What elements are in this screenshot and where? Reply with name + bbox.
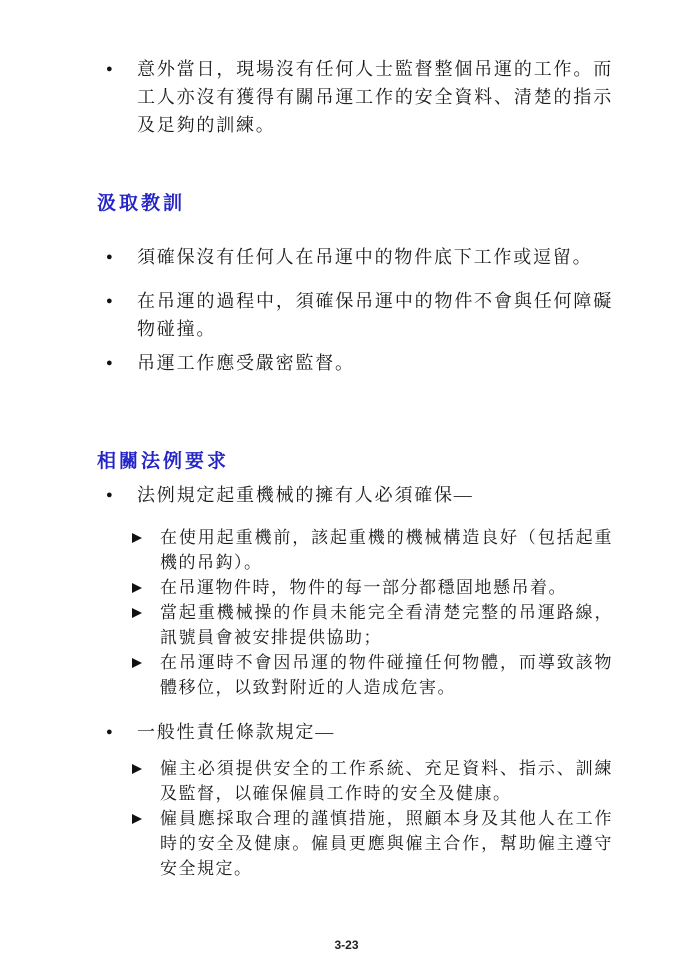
sub-bullet-item: 在吊運時不會因吊運的物件碰撞任何物體，而導致該物體移位，以致對附近的人造成危害。 [132,650,613,700]
section-heading-lessons: 汲取教訓 [97,191,613,217]
sub-bullet-item: 僱主必須提供安全的工作系統、充足資料、指示、訓練及監督，以確保僱員工作時的安全及… [132,756,613,806]
bullet-text: 須確保沒有任何人在吊運中的物件底下工作或逗留。 [137,243,613,271]
arrow-bullet-icon [132,650,160,668]
bullet-dot-icon: ● [97,481,137,509]
bullet-dot-icon: ● [97,718,137,746]
sub-bullet-text: 在吊運物件時，物件的每一部分都穩固地懸吊着。 [160,575,613,600]
arrow-bullet-icon [132,756,160,774]
bullet-item: ● 吊運工作應受嚴密監督。 [97,349,613,377]
bullet-text: 意外當日，現場沒有任何人士監督整個吊運的工作。而工人亦沒有獲得有關吊運工作的安全… [137,55,613,139]
bullet-item: ● 一般性責任條款規定— [97,718,613,746]
bullet-item: ● 在吊運的過程中，須確保吊運中的物件不會與任何障礙物碰撞。 [97,287,613,343]
sub-bullet-list: 僱主必須提供安全的工作系統、充足資料、指示、訓練及監督，以確保僱員工作時的安全及… [132,756,613,881]
bullet-text: 法例規定起重機械的擁有人必須確保— [137,481,613,509]
sub-bullet-item: 僱員應採取合理的謹慎措施，照顧本身及其他人在工作時的安全及健康。僱員更應與僱主合… [132,806,613,881]
bullet-text: 吊運工作應受嚴密監督。 [137,349,613,377]
bullet-text: 在吊運的過程中，須確保吊運中的物件不會與任何障礙物碰撞。 [137,287,613,343]
arrow-bullet-icon [132,806,160,824]
sub-bullet-text: 當起重機械操的作員未能完全看清楚完整的吊運路線，訊號員會被安排提供協助； [160,600,613,650]
bullet-item: ● 法例規定起重機械的擁有人必須確保— [97,481,613,509]
sub-bullet-item: 在使用起重機前，該起重機的機械構造良好（包括起重機的吊鈎）。 [132,525,613,575]
sub-bullet-item: 當起重機械操的作員未能完全看清楚完整的吊運路線，訊號員會被安排提供協助； [132,600,613,650]
sub-bullet-item: 在吊運物件時，物件的每一部分都穩固地懸吊着。 [132,575,613,600]
arrow-bullet-icon [132,600,160,618]
document-page: ● 意外當日，現場沒有任何人士監督整個吊運的工作。而工人亦沒有獲得有關吊運工作的… [0,0,693,980]
arrow-bullet-icon [132,525,160,543]
sub-bullet-list: 在使用起重機前，該起重機的機械構造良好（包括起重機的吊鈎）。 在吊運物件時，物件… [132,525,613,700]
bullet-dot-icon: ● [97,243,137,271]
section-heading-legal: 相關法例要求 [97,449,613,475]
bullet-item: ● 須確保沒有任何人在吊運中的物件底下工作或逗留。 [97,243,613,271]
sub-bullet-text: 在吊運時不會因吊運的物件碰撞任何物體，而導致該物體移位，以致對附近的人造成危害。 [160,650,613,700]
arrow-bullet-icon [132,575,160,593]
sub-bullet-text: 在使用起重機前，該起重機的機械構造良好（包括起重機的吊鈎）。 [160,525,613,575]
bullet-dot-icon: ● [97,287,137,315]
bullet-dot-icon: ● [97,349,137,377]
bullet-item: ● 意外當日，現場沒有任何人士監督整個吊運的工作。而工人亦沒有獲得有關吊運工作的… [97,55,613,139]
bullet-text: 一般性責任條款規定— [137,718,613,746]
page-number: 3-23 [0,938,693,952]
sub-bullet-text: 僱員應採取合理的謹慎措施，照顧本身及其他人在工作時的安全及健康。僱員更應與僱主合… [160,806,613,881]
sub-bullet-text: 僱主必須提供安全的工作系統、充足資料、指示、訓練及監督，以確保僱員工作時的安全及… [160,756,613,806]
page-content: ● 意外當日，現場沒有任何人士監督整個吊運的工作。而工人亦沒有獲得有關吊運工作的… [97,0,613,881]
bullet-dot-icon: ● [97,55,137,83]
